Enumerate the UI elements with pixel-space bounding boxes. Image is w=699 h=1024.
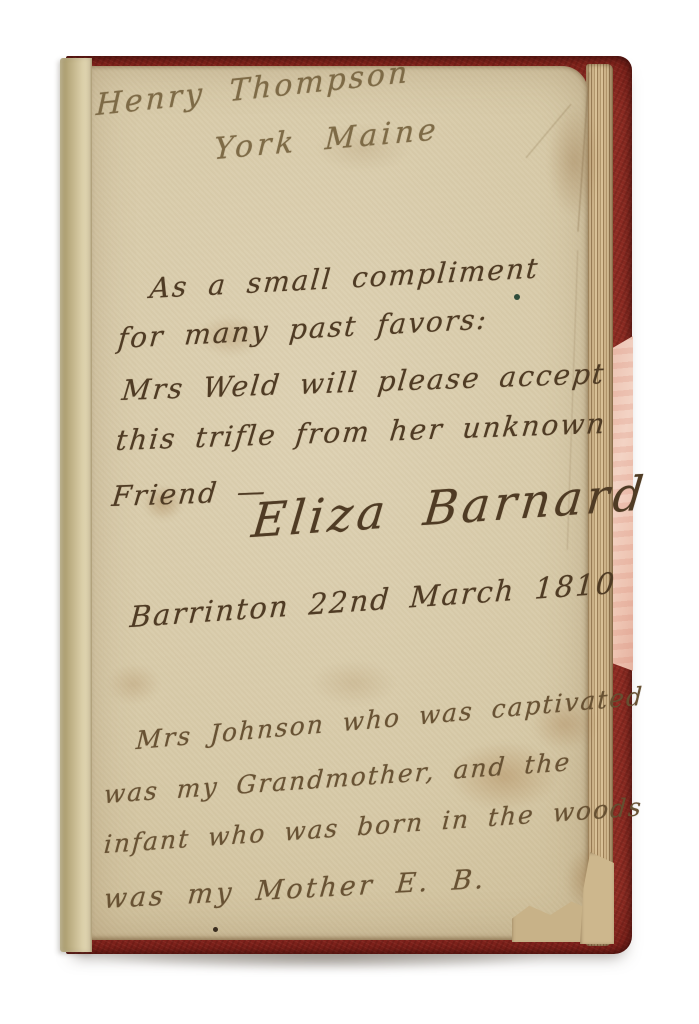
photo-background: Henry Thompson York Maine As a small com… <box>0 0 699 1024</box>
presentation-line: Friend — <box>110 475 269 514</box>
gutter-fold <box>60 58 92 952</box>
